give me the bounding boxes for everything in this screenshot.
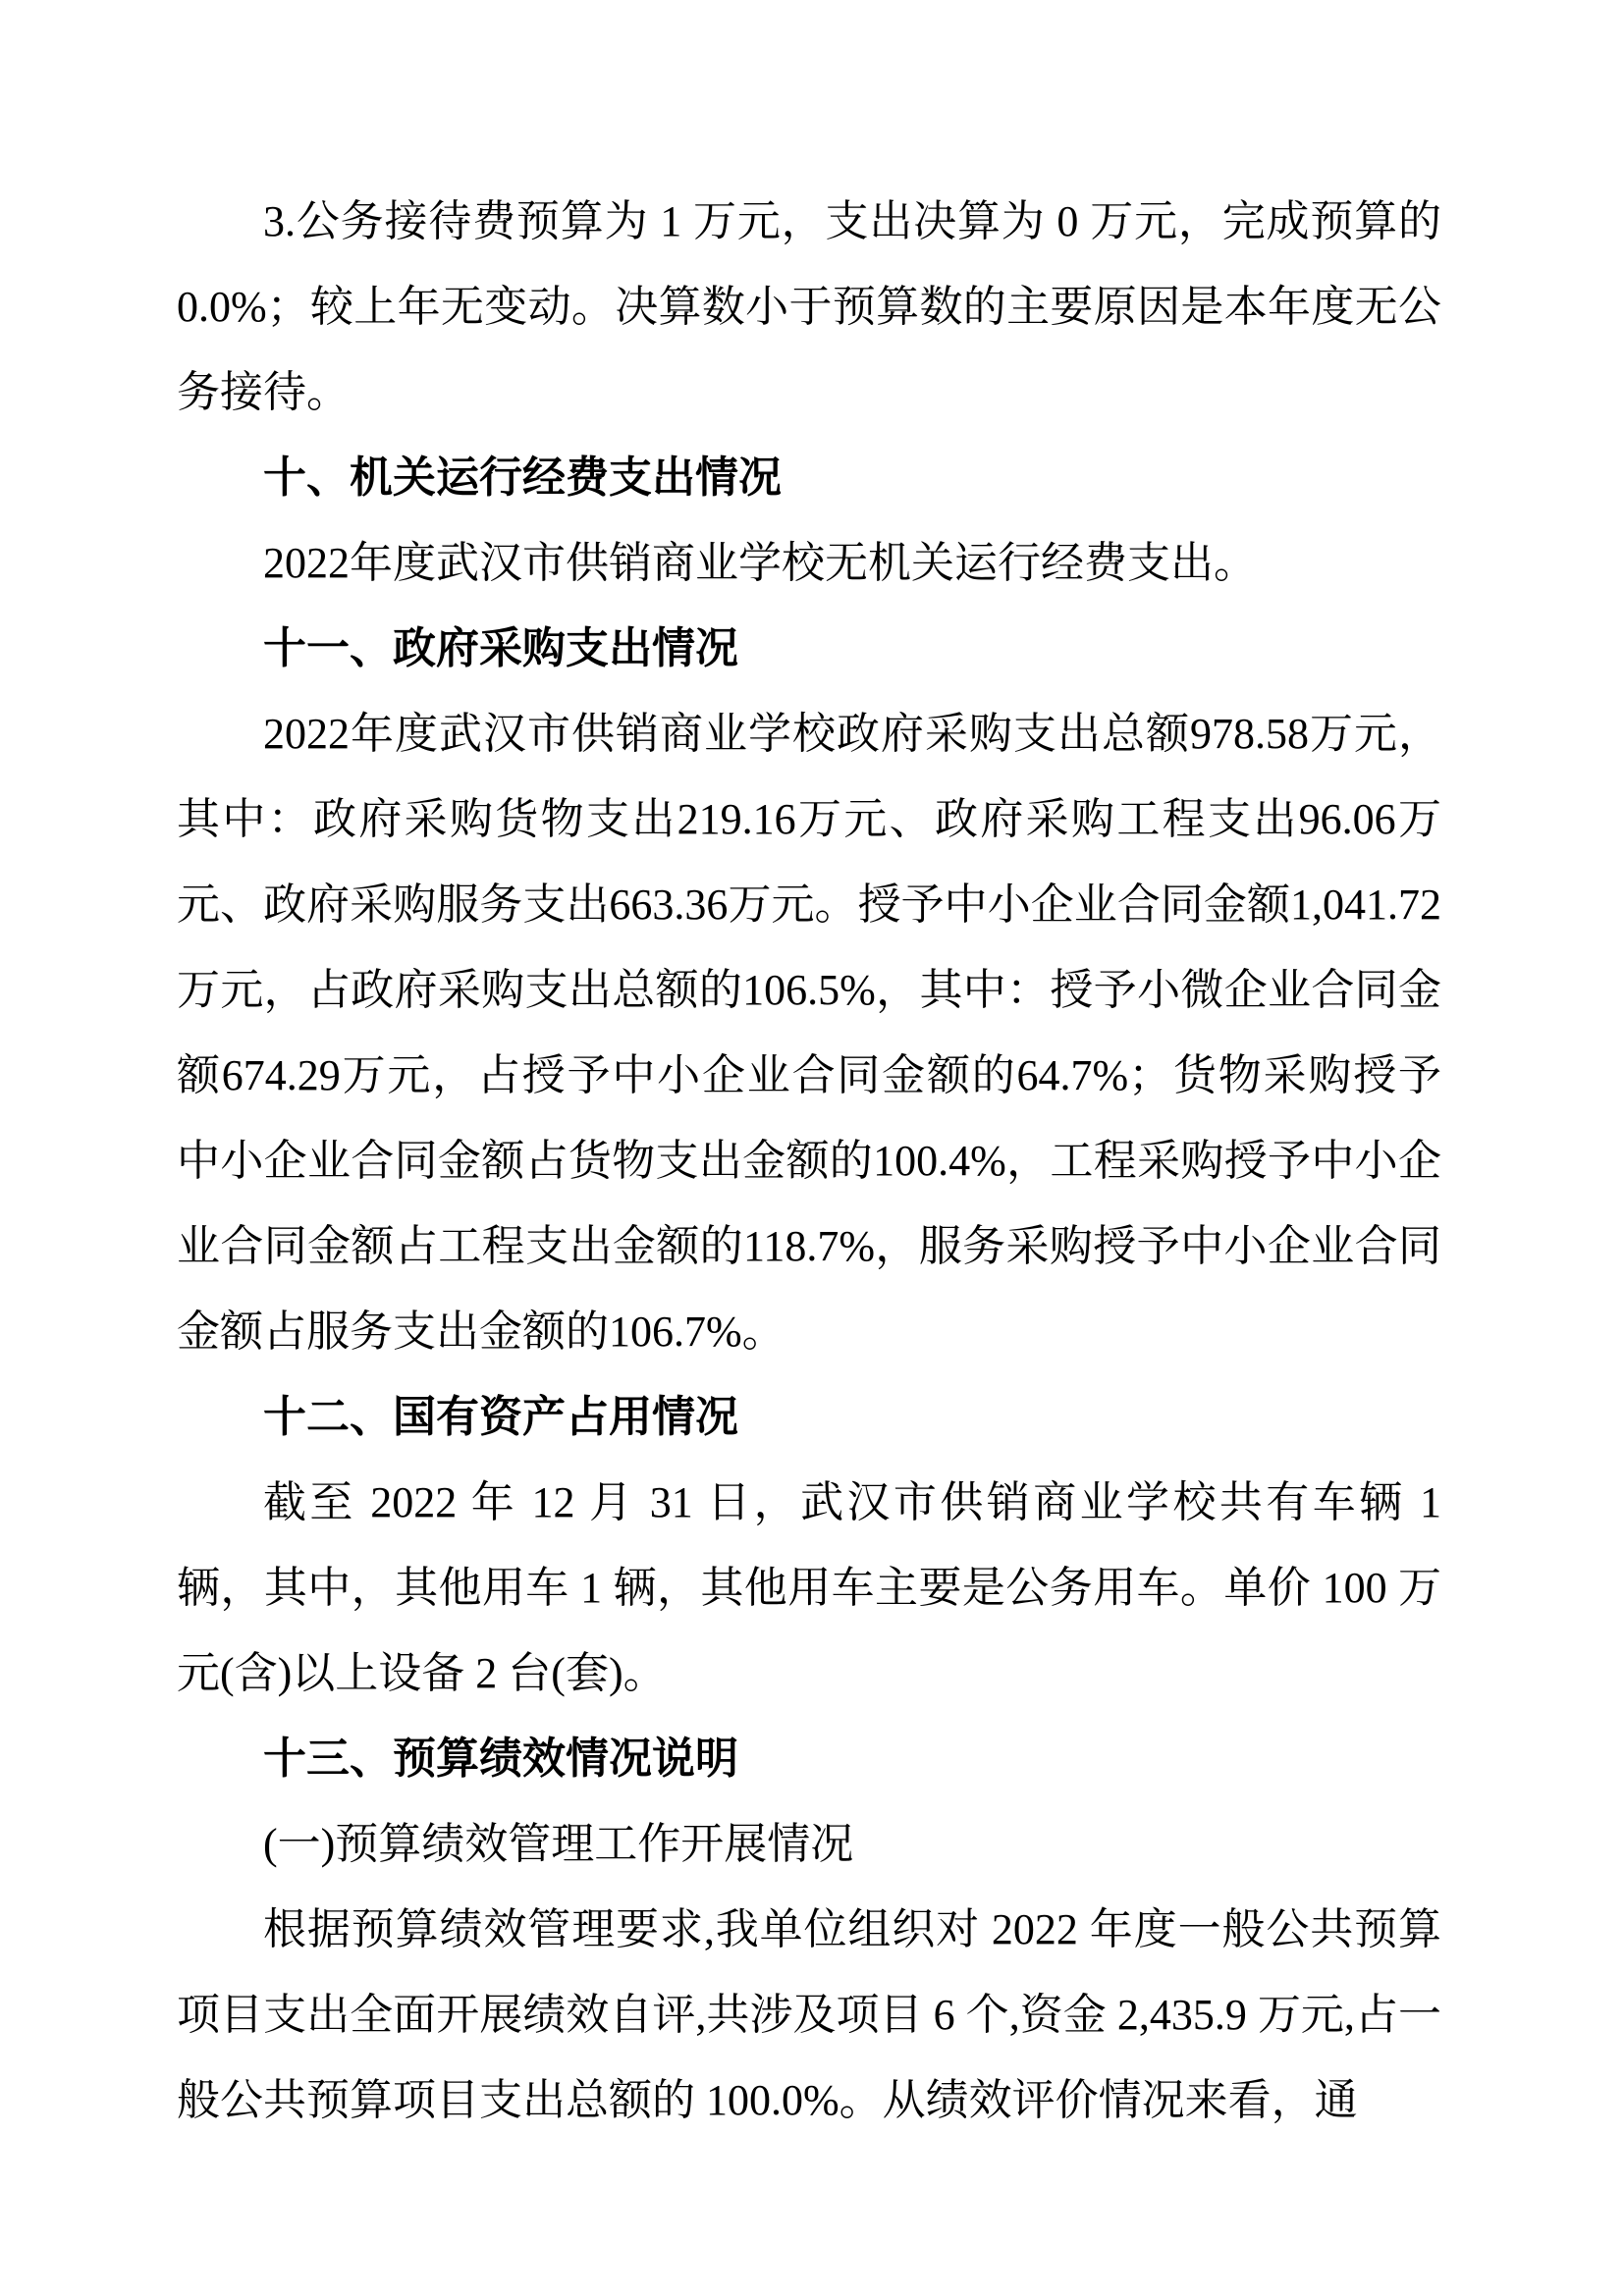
- heading-section-thirteen-budget-performance: 十三、预算绩效情况说明: [177, 1716, 1441, 1801]
- document-page: 3.公务接待费预算为 1 万元，支出决算为 0 万元，完成预算的0.0%；较上年…: [0, 0, 1624, 2296]
- paragraph-state-assets: 截至 2022 年 12 月 31 日，武汉市供销商业学校共有车辆 1 辆，其中…: [177, 1460, 1441, 1716]
- heading-section-ten-operation-expense: 十、机关运行经费支出情况: [177, 435, 1441, 520]
- heading-section-twelve-state-assets: 十二、国有资产占用情况: [177, 1374, 1441, 1460]
- subheading-performance-management-work: (一)预算绩效管理工作开展情况: [177, 1801, 1441, 1887]
- heading-section-eleven-government-procurement: 十一、政府采购支出情况: [177, 606, 1441, 691]
- paragraph-government-procurement: 2022年度武汉市供销商业学校政府采购支出总额978.58万元，其中：政府采购货…: [177, 691, 1441, 1374]
- paragraph-operation-expense: 2022年度武汉市供销商业学校无机关运行经费支出。: [177, 520, 1441, 606]
- paragraph-reception-expense: 3.公务接待费预算为 1 万元，支出决算为 0 万元，完成预算的0.0%；较上年…: [177, 179, 1441, 435]
- paragraph-performance-self-evaluation: 根据预算绩效管理要求,我单位组织对 2022 年度一般公共预算项目支出全面开展绩…: [177, 1887, 1441, 2143]
